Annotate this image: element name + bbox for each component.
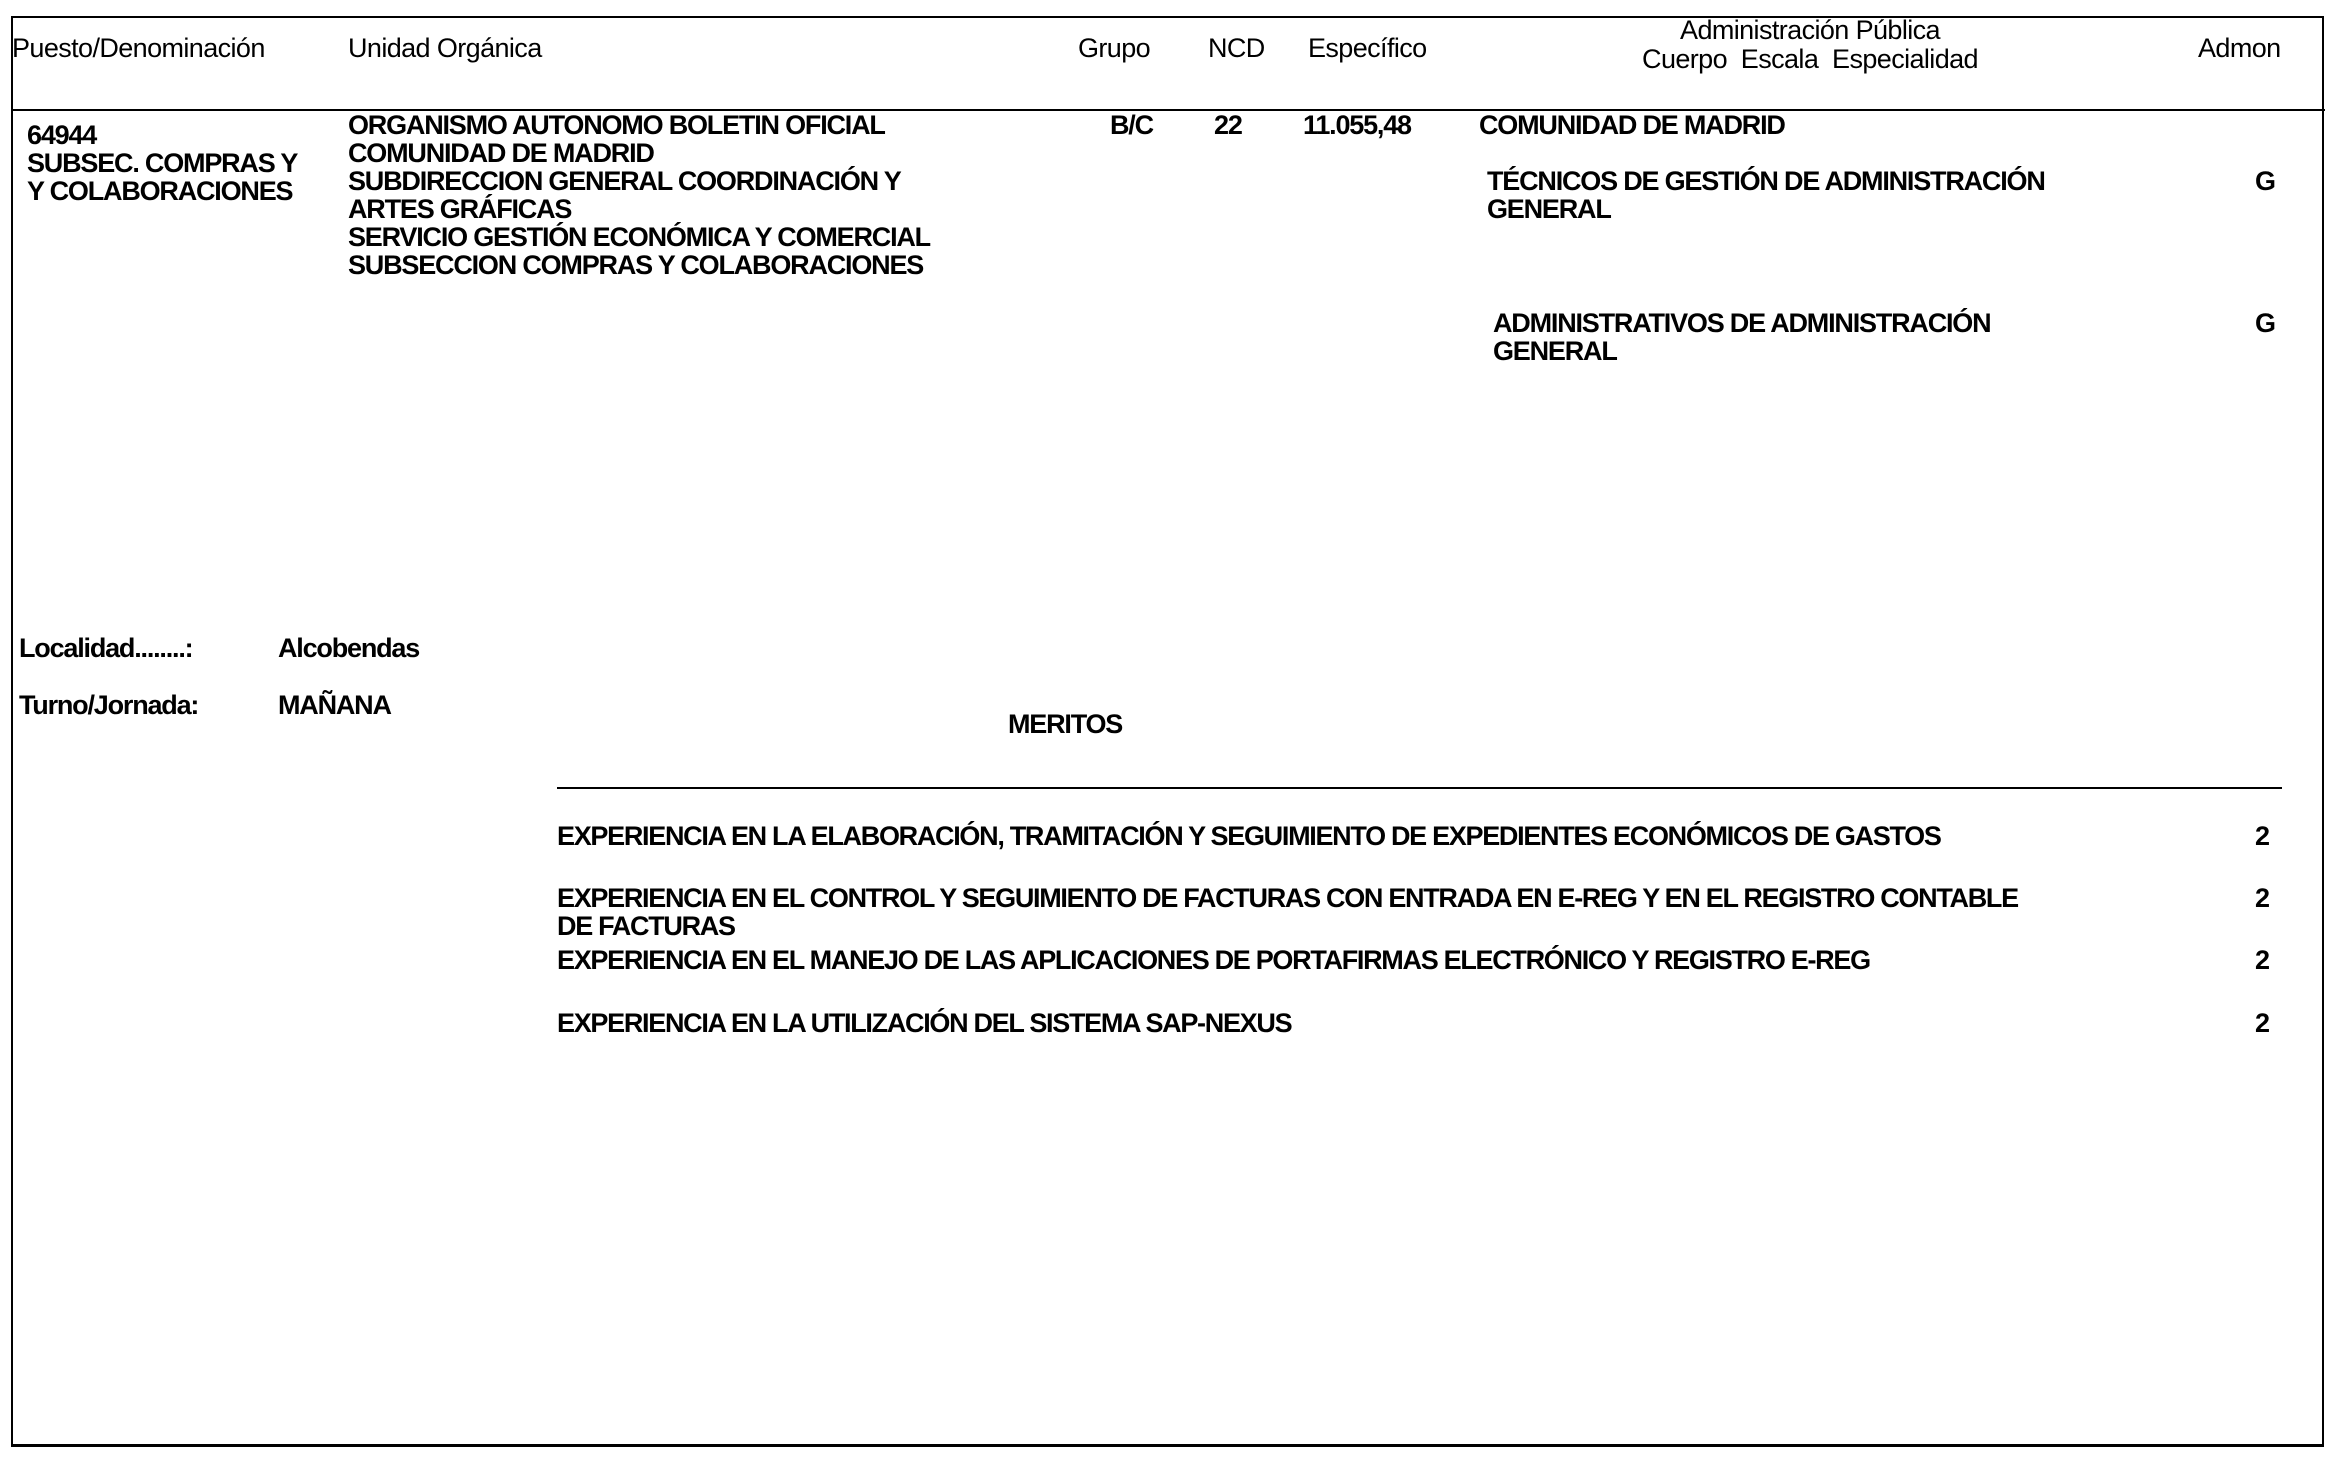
puesto-denominacion: SUBSEC. COMPRAS Y Y COLABORACIONES <box>27 149 297 205</box>
denominacion-line: SUBSEC. COMPRAS Y <box>27 149 297 177</box>
header-puesto: Puesto/Denominación <box>12 34 265 62</box>
header-grupo: Grupo <box>1078 34 1150 62</box>
localidad-value: Alcobendas <box>278 634 419 662</box>
header-admon: Admon <box>2198 34 2281 62</box>
merito-value: 2 <box>2255 884 2270 912</box>
meritos-rule <box>557 787 2282 789</box>
meritos-title: MERITOS <box>1008 710 1122 738</box>
merito-value: 2 <box>2255 822 2270 850</box>
merito-item: EXPERIENCIA EN LA UTILIZACIÓN DEL SISTEM… <box>557 1009 2037 1037</box>
cuerpo-line: TÉCNICOS DE GESTIÓN DE ADMINISTRACIÓN <box>1487 167 2045 195</box>
unidad-line: SUBDIRECCION GENERAL COORDINACIÓN Y <box>348 167 930 195</box>
cuerpo-1: TÉCNICOS DE GESTIÓN DE ADMINISTRACIÓN GE… <box>1487 167 2045 223</box>
merito-value: 2 <box>2255 1009 2270 1037</box>
cuerpo-line: ADMINISTRATIVOS DE ADMINISTRACIÓN <box>1493 309 1990 337</box>
merito-item: EXPERIENCIA EN EL MANEJO DE LAS APLICACI… <box>557 946 2037 974</box>
header-cuerpo-escala: Cuerpo Escala Especialidad <box>1560 45 2060 73</box>
turno-value: MAÑANA <box>278 691 391 719</box>
unidad-line: COMUNIDAD DE MADRID <box>348 139 930 167</box>
unidad-line: ORGANISMO AUTONOMO BOLETIN OFICIAL <box>348 111 930 139</box>
unidad-line: ARTES GRÁFICAS <box>348 195 930 223</box>
cuerpo-line: GENERAL <box>1493 337 1990 365</box>
localidad-label: Localidad........: <box>19 634 192 662</box>
puesto-codigo: 64944 <box>27 121 96 149</box>
cuerpo-1-admon: G <box>2255 167 2275 195</box>
header-unidad: Unidad Orgánica <box>348 34 542 62</box>
header-ncd: NCD <box>1208 34 1265 62</box>
merito-item: EXPERIENCIA EN LA ELABORACIÓN, TRAMITACI… <box>557 822 2037 850</box>
header-especifico: Específico <box>1308 34 1427 62</box>
cuerpo-2: ADMINISTRATIVOS DE ADMINISTRACIÓN GENERA… <box>1493 309 1990 365</box>
ncd-value: 22 <box>1214 111 1242 139</box>
cuerpo-line: GENERAL <box>1487 195 2045 223</box>
administracion-value: COMUNIDAD DE MADRID <box>1479 111 1785 139</box>
cuerpo-2-admon: G <box>2255 309 2275 337</box>
denominacion-line: Y COLABORACIONES <box>27 177 297 205</box>
grupo-value: B/C <box>1110 111 1153 139</box>
turno-label: Turno/Jornada: <box>19 691 198 719</box>
unidad-line: SERVICIO GESTIÓN ECONÓMICA Y COMERCIAL <box>348 223 930 251</box>
unidad-line: SUBSECCION COMPRAS Y COLABORACIONES <box>348 251 930 279</box>
unidad-organica: ORGANISMO AUTONOMO BOLETIN OFICIAL COMUN… <box>348 111 930 279</box>
merito-item: EXPERIENCIA EN EL CONTROL Y SEGUIMIENTO … <box>557 884 2037 940</box>
header-administracion: Administración Pública <box>1560 16 2060 44</box>
especifico-value: 11.055,48 <box>1303 111 1411 139</box>
merito-value: 2 <box>2255 946 2270 974</box>
